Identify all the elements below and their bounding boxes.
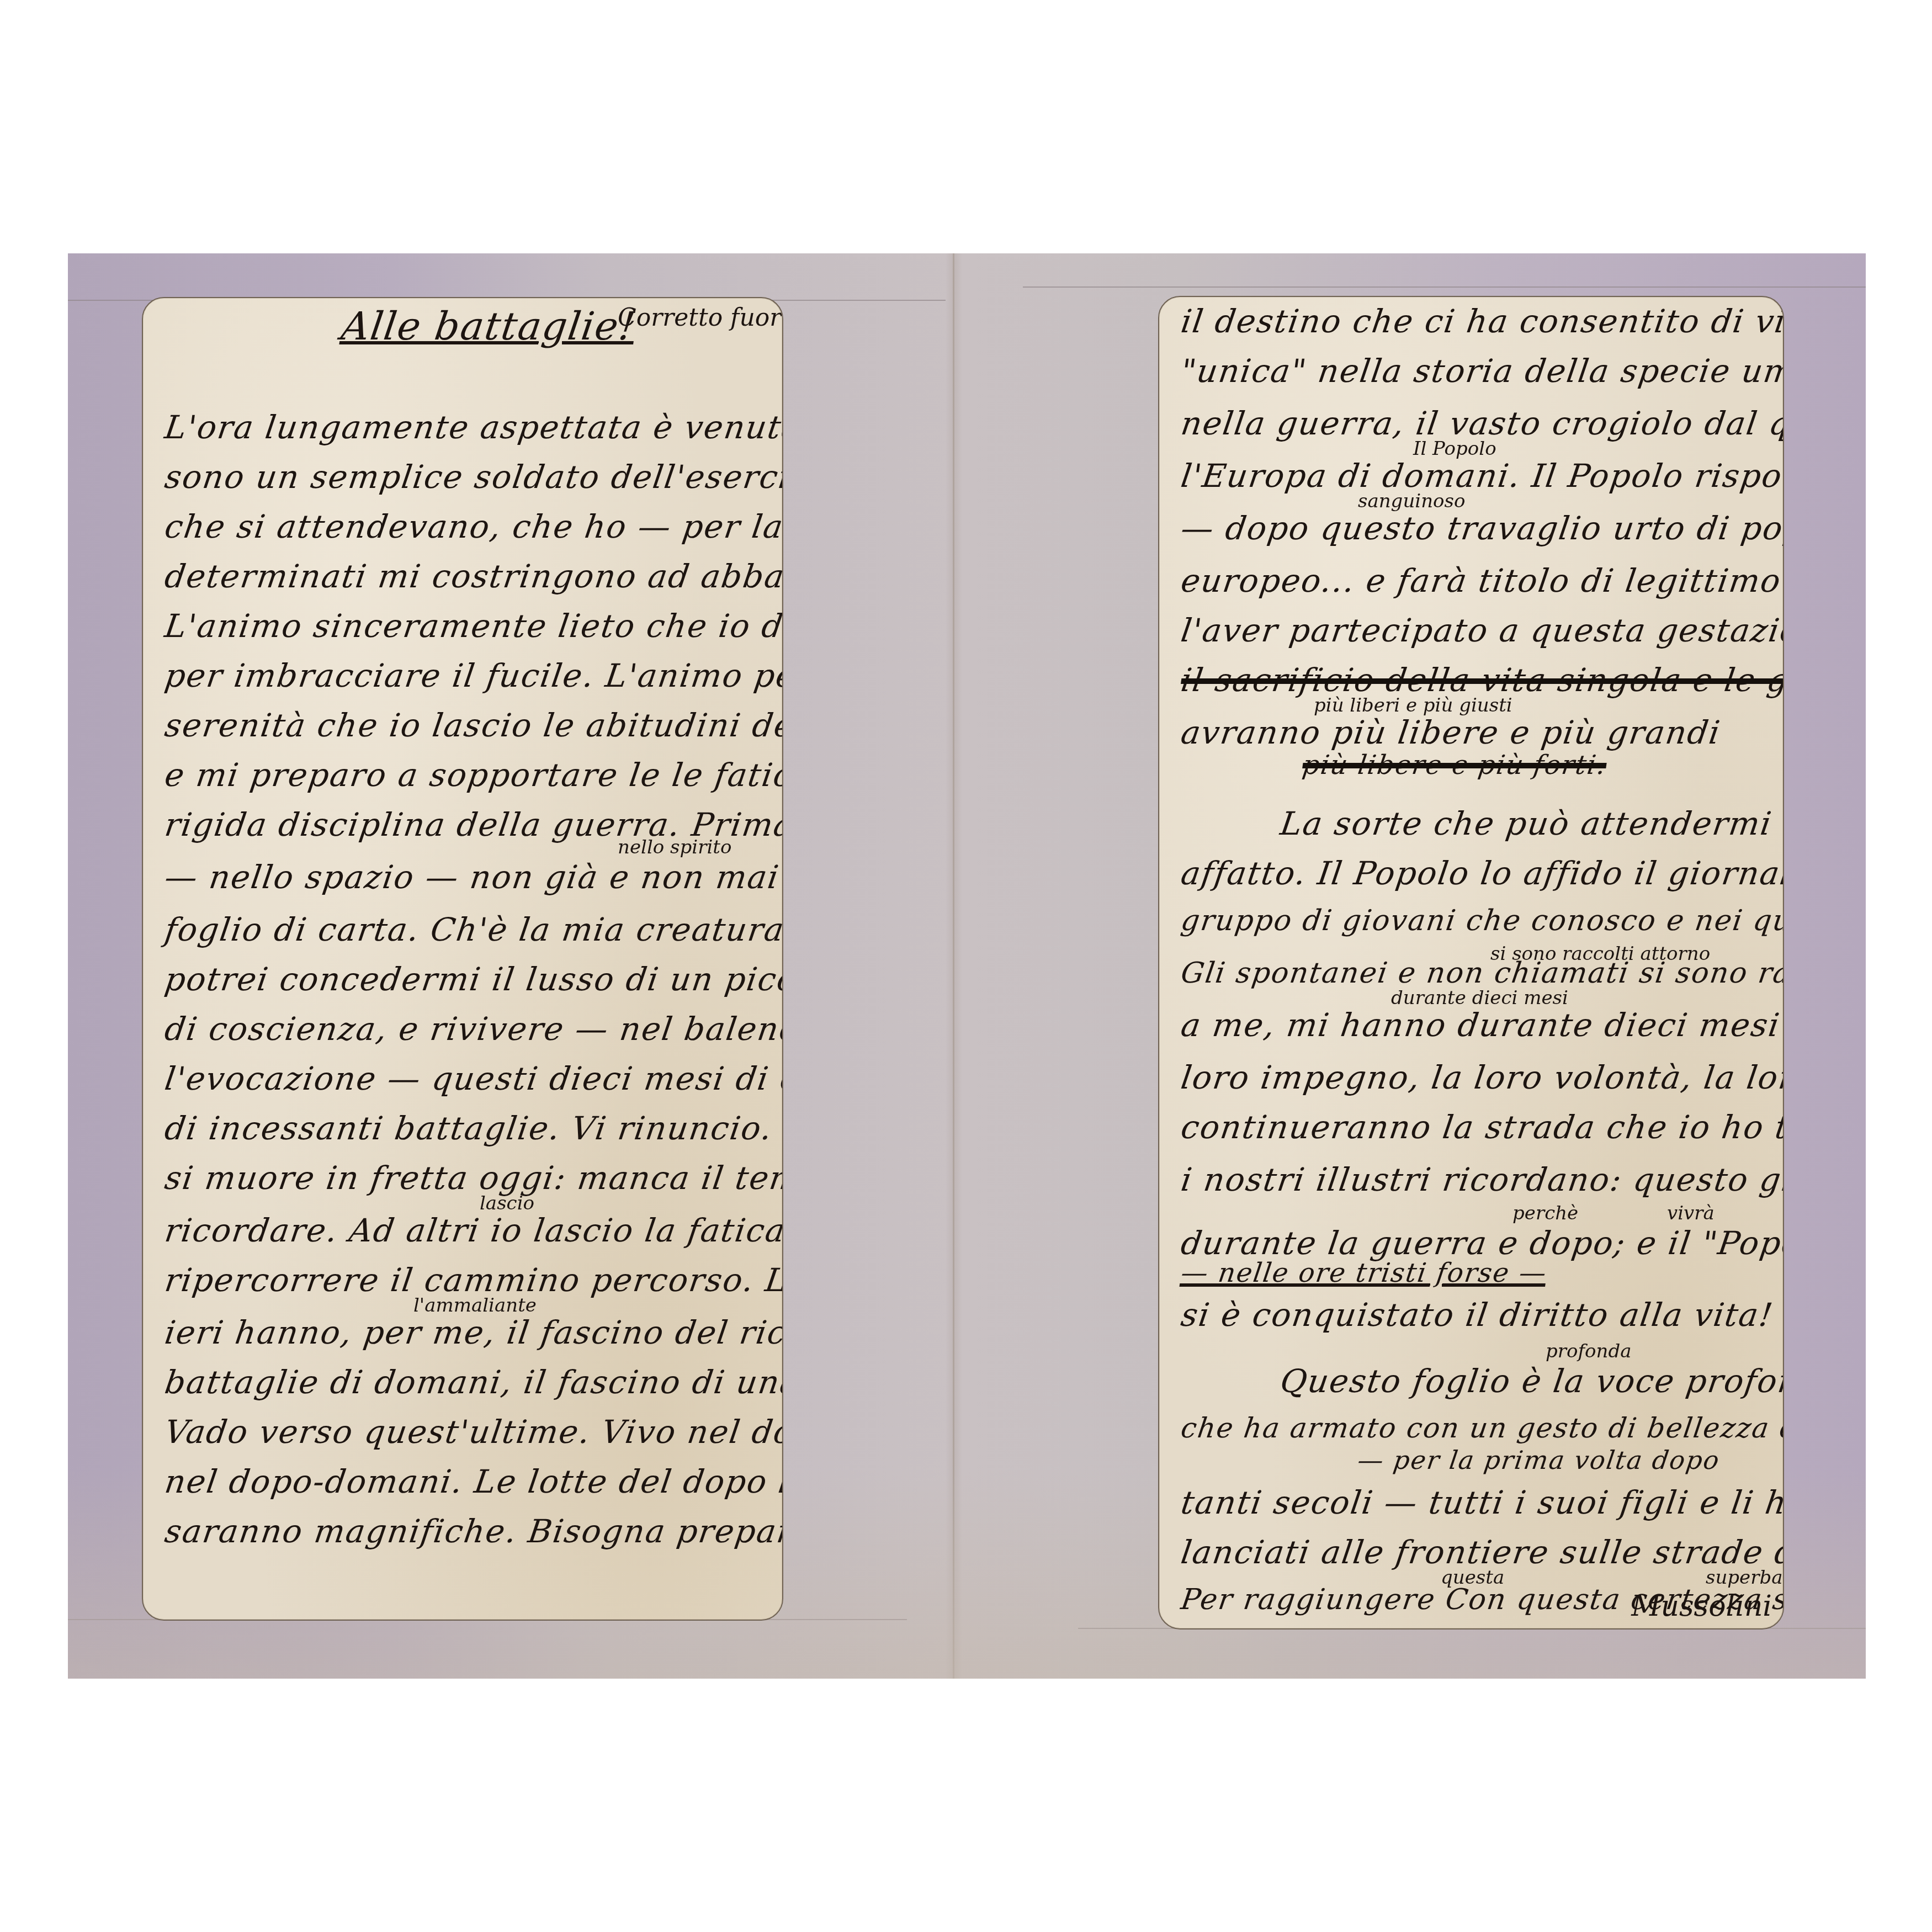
text-line: serenità che io lascio le abitudini dell… xyxy=(162,707,768,744)
text-line: potrei concedermi il lusso di un piccolo… xyxy=(162,960,768,998)
text-line: si muore in fretta oggi: manca il tempo … xyxy=(162,1159,768,1197)
text-line: — nello spazio — non già e non mai — da … xyxy=(162,858,768,896)
manuscript-page-right: il destino che ci ha consentito di viver… xyxy=(1158,296,1784,1630)
header-note: Corretto fuori xyxy=(618,304,783,332)
text-line: l'Europa di domani. Il Popolo rispondent… xyxy=(1179,457,1769,495)
text-line: saranno magnifiche. Bisogna prepararle xyxy=(162,1512,768,1550)
text-line: sono un semplice soldato dell'esercito i… xyxy=(162,458,768,496)
text-line: l'evocazione — questi dieci mesi di oper… xyxy=(162,1060,768,1097)
text-line: il destino che ci ha consentito di viver… xyxy=(1179,302,1769,340)
struck-line: il sacrificio della vita singola e le ge… xyxy=(1179,661,1769,699)
text-line: — dopo questo travaglio urto di popoli —… xyxy=(1179,509,1769,547)
text-line: nel dopo-domani. Le lotte del dopo la gu… xyxy=(162,1463,768,1500)
center-fold xyxy=(953,253,954,1679)
text-line: nella guerra, il vasto crogiolo dal qual… xyxy=(1179,405,1769,442)
insertion: profonda xyxy=(1546,1340,1631,1362)
text-line: — nelle ore tristi forse — xyxy=(1179,1257,1769,1288)
text-line: avranno più libere e più grandi xyxy=(1179,714,1769,751)
insertion: nello spirito xyxy=(618,836,731,858)
text-line: L'animo sinceramente lieto che io depong… xyxy=(162,607,768,645)
guide-line-top-right xyxy=(1023,286,1866,288)
text-line: tanti secoli — tutti i suoi figli e li h… xyxy=(1179,1484,1769,1521)
text-line: ieri hanno, per me, il fascino del ricor… xyxy=(162,1314,768,1351)
text-line: ripercorrere il cammino percorso. Le bat… xyxy=(162,1261,768,1299)
text-line: europeo... e farà titolo di legittimo or… xyxy=(1179,562,1769,599)
insertion: durante dieci mesi xyxy=(1391,987,1568,1009)
text-line: per imbracciare il fucile. L'animo perva… xyxy=(162,657,768,694)
manuscript-page-left: Alle battaglie! Corretto fuori L'ora lun… xyxy=(142,297,783,1621)
text-line: battaglie di domani, il fascino di una s… xyxy=(162,1363,768,1401)
text-line: Gli spontanei e non chiamati si sono rac… xyxy=(1179,957,1769,990)
text-line: lanciati alle frontiere sulle strade del… xyxy=(1179,1533,1769,1571)
text-line: — per la prima volta dopo xyxy=(1179,1445,1769,1475)
text-line: loro impegno, la loro volontà, la loro f… xyxy=(1179,1059,1769,1096)
title-text: Alle battaglie! xyxy=(338,304,639,349)
insertion: perchè xyxy=(1512,1202,1578,1224)
text-line: continueranno la strada che io ho tracci… xyxy=(1179,1108,1769,1146)
text-line: i nostri illustri ricordano: questo gior… xyxy=(1179,1161,1769,1198)
signature: Mussolini xyxy=(1631,1590,1772,1623)
text-line: determinati mi costringono ad abbandonar… xyxy=(162,558,768,595)
struck-line: più libere e più forti. xyxy=(1179,750,1769,781)
text-line: l'aver partecipato a questa gestazione, … xyxy=(1179,612,1769,649)
text-line: di incessanti battaglie. Vi rinuncio. Si… xyxy=(162,1110,768,1147)
insertion: vivrà xyxy=(1667,1202,1715,1224)
text-line: L'ora lungamente aspettata è venuta: da … xyxy=(162,408,768,446)
insertion: più liberi e più giusti xyxy=(1314,694,1512,716)
text-line: che si attendevano, che ho — per la mia … xyxy=(162,508,768,545)
text-line: La sorte che può attendermi non mi preoc… xyxy=(1179,805,1769,842)
text-line: Vado verso quest'ultime. Vivo nel domani… xyxy=(162,1413,768,1451)
insertion: lascio xyxy=(480,1192,534,1214)
insertion: Il Popolo xyxy=(1413,438,1496,460)
text-line: "unica" nella storia della specie umana.… xyxy=(1179,352,1769,390)
text-line: a me, mi hanno durante dieci mesi prodig… xyxy=(1179,1006,1769,1044)
text-line: affatto. Il Popolo lo affido il giornale… xyxy=(1179,854,1769,892)
text-line: foglio di carta. Ch'è la mia creatura pi… xyxy=(162,911,768,948)
insertion: sanguinoso xyxy=(1358,490,1465,512)
text-line: durante la guerra e dopo; e il "Popolo d… xyxy=(1179,1224,1769,1262)
text-line: e mi preparo a sopportare le le fatiche … xyxy=(162,756,768,794)
text-line: si è conquistato il diritto alla vita! xyxy=(1179,1296,1769,1334)
text-line: gruppo di giovani che conosco e nei qual… xyxy=(1179,904,1769,937)
text-line: ricordare. Ad altri io lascio la fatica … xyxy=(162,1212,768,1249)
insertion: l'ammaliante xyxy=(413,1294,537,1317)
text-line: Questo foglio è la voce profonda dell'It… xyxy=(1179,1362,1769,1400)
text-line: di coscienza, e rivivere — nel baleno de… xyxy=(162,1010,768,1048)
text-line: che ha armato con un gesto di bellezza e… xyxy=(1179,1412,1769,1444)
